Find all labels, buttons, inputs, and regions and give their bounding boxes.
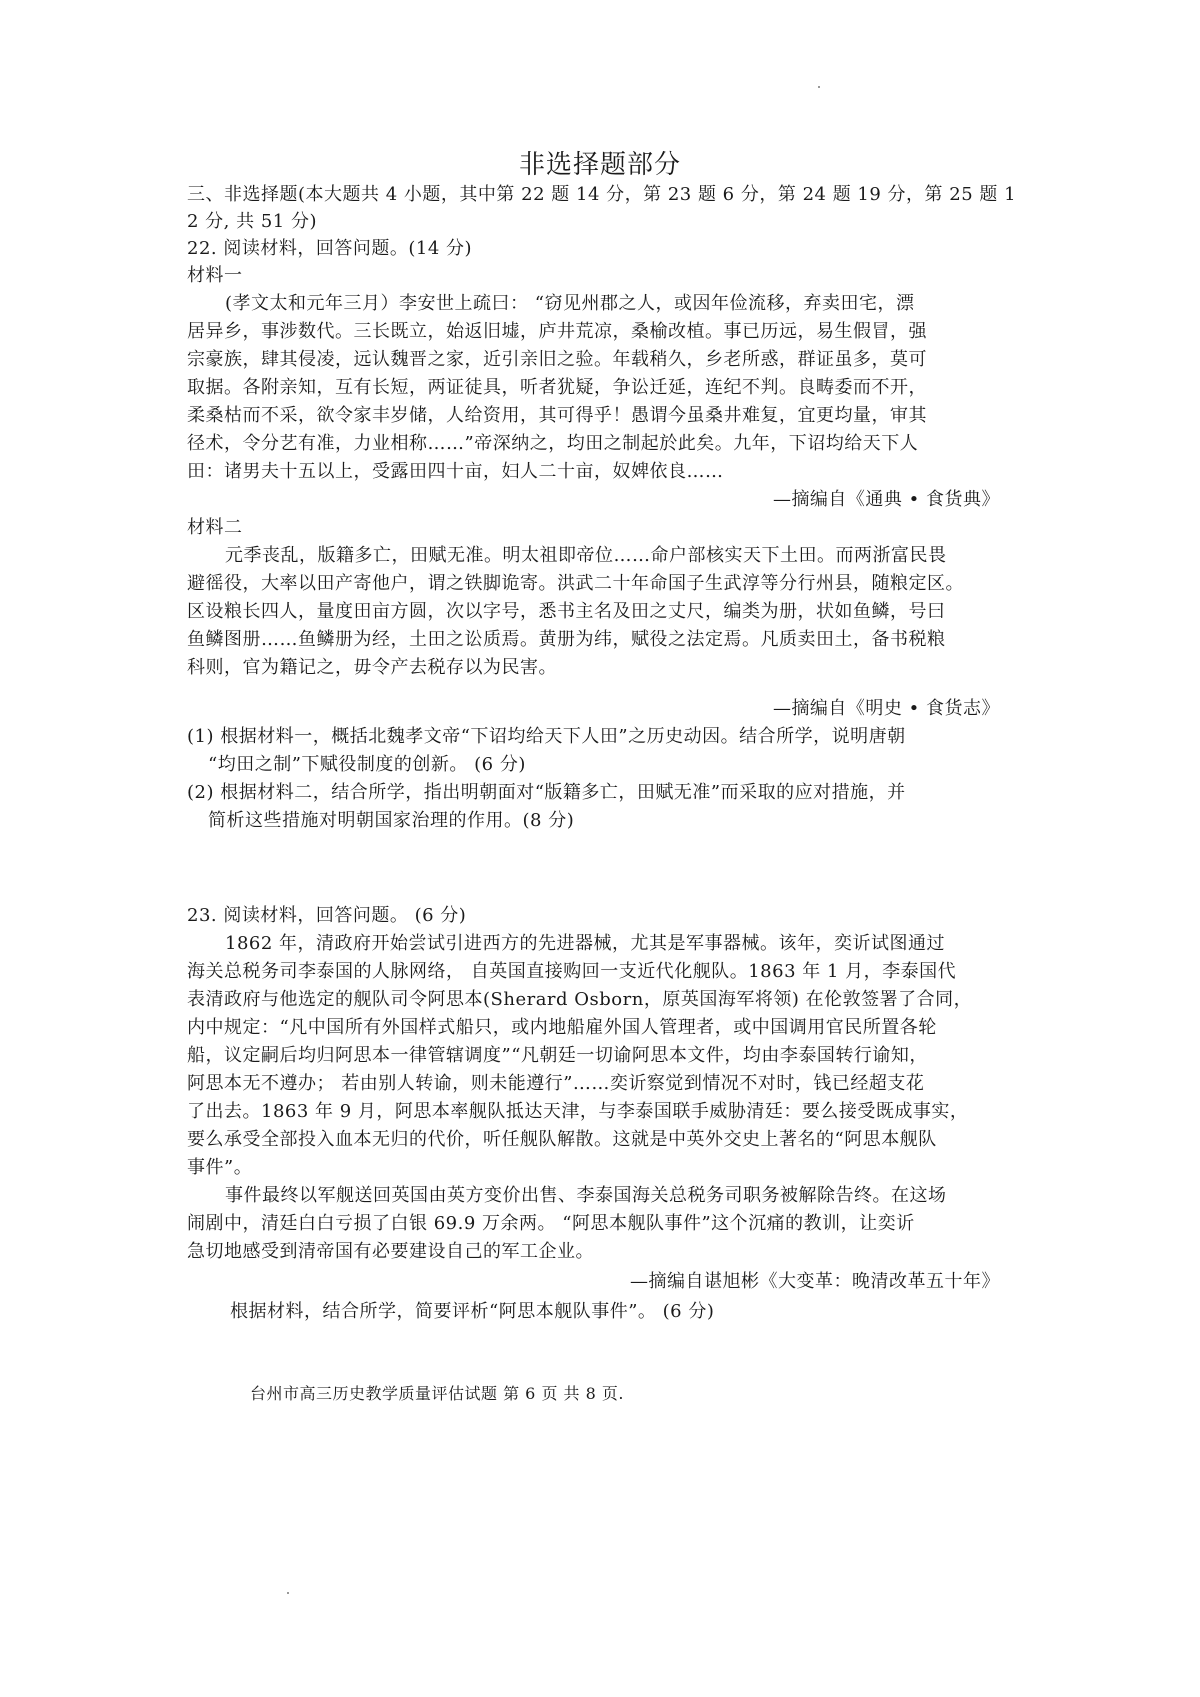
text-line: 事件最终以军舰送回英国由英方变价出售、李泰国海关总税务司职务被解除告终。在这场: [225, 1184, 947, 1208]
text-line: 表清政府与他选定的舰队司令阿思本(Sherard Osborn，原英国海军将领)…: [187, 988, 972, 1012]
scan-speck: [818, 86, 820, 88]
text-line: 宗豪族，肆其侵凌，远认魏晋之家，近引亲旧之验。年载稍久，乡老所惑，群证虽多，莫可: [187, 348, 927, 372]
text-line: 急切地感受到清帝国有必要建设自己的军工企业。: [187, 1240, 594, 1264]
text-line: 区设粮长四人，量度田亩方圆，次以字号，悉书主名及田之丈尺，编类为册，状如鱼鳞，号…: [187, 600, 946, 624]
text-line: (孝文太和元年三月）李安世上疏曰： “窃见州郡之人，或因年俭流移，弃卖田宅，漂: [225, 292, 914, 316]
q22-heading: 22. 阅读材料，回答问题。(14 分): [187, 237, 472, 261]
q22-material2-label: 材料二: [187, 516, 243, 540]
q23-heading: 23. 阅读材料，回答问题。 (6 分): [187, 904, 466, 928]
text-line: 避徭役，大率以田产寄他户，谓之铁脚诡寄。洪武二十年命国子生武淳等分行州县，随粮定…: [187, 572, 964, 596]
page-footer: 台州市高三历史教学质量评估试题 第 6 页 共 8 页.: [250, 1382, 624, 1406]
q23-source: —摘编自谌旭彬《大变革：晚清改革五十年》: [630, 1270, 1000, 1294]
text-line: 海关总税务司李泰国的人脉网络， 自英国直接购回一支近代化舰队。1863 年 1 …: [187, 960, 956, 984]
text-line: 了出去。1863 年 9 月，阿思本率舰队抵达天津，与李泰国联手威胁清廷：要么接…: [187, 1100, 968, 1124]
text-line: 柔桑枯而不采，欲令家丰岁储，人给资用，其可得乎！愚谓今虽桑井难复，宜更均量，审其: [187, 404, 927, 428]
question-line: “均田之制”下赋役制度的创新。 (6 分): [208, 753, 526, 777]
intro-line-2: 2 分, 共 51 分): [187, 210, 317, 234]
text-line: 鱼鳞图册……鱼鳞册为经，土田之讼质焉。黄册为纬，赋役之法定焉。凡质卖田土，备书税…: [187, 628, 946, 652]
question-line: (2) 根据材料二，结合所学，指出明朝面对“版籍多亡，田赋无准”而采取的应对措施…: [187, 781, 906, 805]
text-line: 田：诸男夫十五以上，受露田四十亩，妇人二十亩，奴婢依良……: [187, 460, 724, 484]
q22-material2-source: —摘编自《明史 • 食货志》: [773, 697, 1000, 721]
section-title: 非选择题部分: [0, 148, 1200, 182]
text-line: 径术，令分艺有准，力业相称……”帝深纳之，均田之制起於此矣。九年，下诏均给天下人: [187, 432, 918, 456]
text-line: 阿思本无不遵办； 若由别人转谕，则未能遵行”……奕䜣察觉到情况不对时，钱已经超支…: [187, 1072, 924, 1096]
exam-page: 非选择题部分 三、非选择题(本大题共 4 小题，其中第 22 题 14 分，第 …: [0, 0, 1200, 1697]
q23-question: 根据材料，结合所学，简要评析“阿思本舰队事件”。 (6 分): [230, 1300, 714, 1324]
text-line: 科则，官为籍记之，毋令产去税存以为民害。: [187, 656, 557, 680]
text-line: 内中规定：“凡中国所有外国样式船只，或内地船雇外国人管理者，或中国调用官民所置各…: [187, 1016, 937, 1040]
q22-material1-label: 材料一: [187, 264, 243, 288]
text-line: 船，议定嗣后均归阿思本一律管辖调度”“凡朝廷一切谕阿思本文件，均由李泰国转行谕知…: [187, 1044, 928, 1068]
intro-line-1: 三、非选择题(本大题共 4 小题，其中第 22 题 14 分，第 23 题 6 …: [187, 183, 1016, 207]
text-line: 居异乡，事涉数代。三长既立，始返旧墟，庐井荒凉，桑榆改植。事已历远，易生假冒，强: [187, 320, 927, 344]
q22-material1-source: —摘编自《通典 • 食货典》: [773, 488, 1000, 512]
text-line: 1862 年，清政府开始尝试引进西方的先进器械，尤其是军事器械。该年，奕䜣试图通…: [225, 932, 945, 956]
text-line: 要么承受全部投入血本无归的代价，听任舰队解散。这就是中英外交史上著名的“阿思本舰…: [187, 1128, 937, 1152]
scan-speck: [287, 1592, 289, 1594]
text-line: 闹剧中，清廷白白亏损了白银 69.9 万余两。 “阿思本舰队事件”这个沉痛的教训…: [187, 1212, 915, 1236]
text-line: 元季丧乱，版籍多亡，田赋无准。明太祖即帝位……命户部核实天下土田。而两浙富民畏: [225, 544, 947, 568]
text-line: 事件”。: [187, 1156, 252, 1180]
text-line: 取据。各附亲知，互有长短，两证徒具，听者犹疑，争讼迁延，连纪不判。良畴委而不开，: [187, 376, 927, 400]
question-line: 简析这些措施对明朝国家治理的作用。(8 分): [208, 809, 574, 833]
question-line: (1) 根据材料一，概括北魏孝文帝“下诏均给天下人田”之历史动因。结合所学，说明…: [187, 725, 906, 749]
